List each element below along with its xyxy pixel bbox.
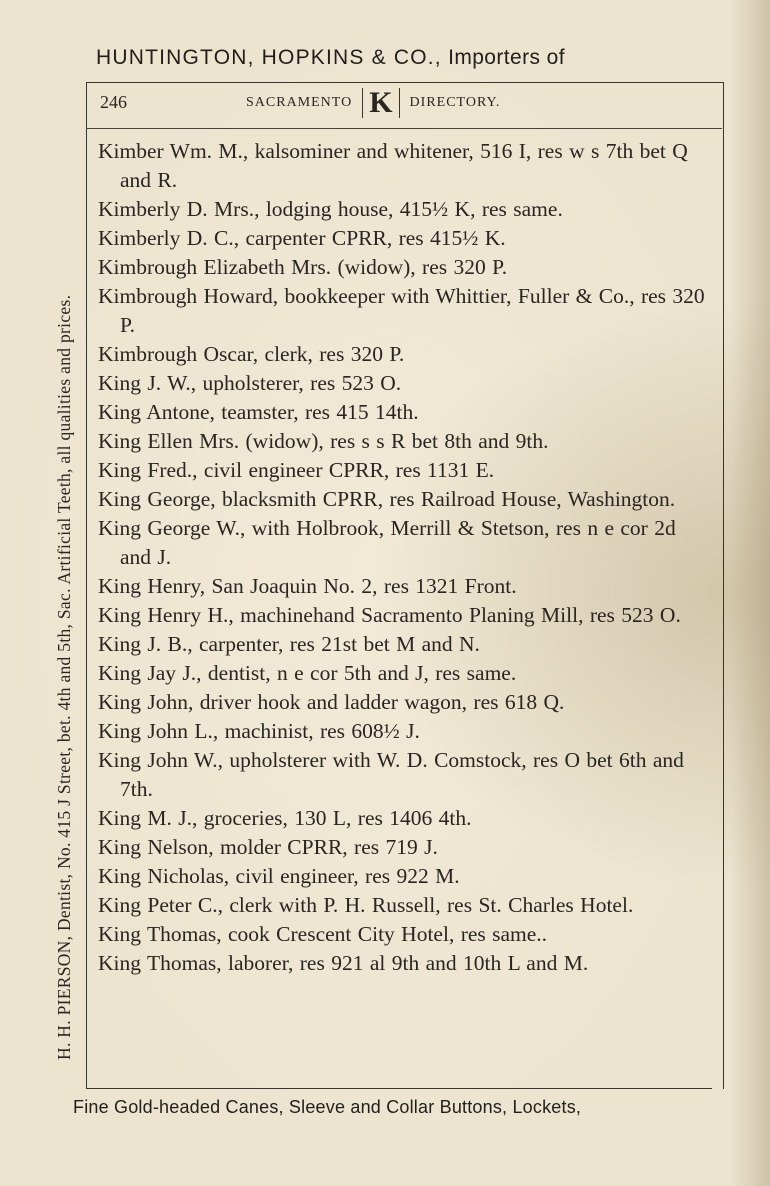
section-title: SACRAMENTO K DIRECTORY. [246, 88, 500, 118]
directory-entry: King J. W., upholsterer, res 523 O. [98, 369, 713, 398]
page-number: 246 [100, 92, 127, 113]
directory-entry: Kimber Wm. M., kalsominer and whitener, … [98, 137, 713, 195]
directory-entry: King John L., machinist, res 608½ J. [98, 717, 713, 746]
directory-entry: King Ellen Mrs. (widow), res s s R bet 8… [98, 427, 713, 456]
directory-entry: Kimbrough Howard, bookkeeper with Whitti… [98, 282, 713, 340]
running-head-firm: HUNTINGTON, HOPKINS & CO., [96, 46, 442, 69]
directory-entry: King J. B., carpenter, res 21st bet M an… [98, 630, 713, 659]
footer-advertisement: Fine Gold-headed Canes, Sleeve and Colla… [73, 1097, 733, 1118]
directory-entry: King Henry, San Joaquin No. 2, res 1321 … [98, 572, 713, 601]
page-edge-shadow [730, 0, 770, 1186]
directory-entry: King Henry H., machinehand Sacramento Pl… [98, 601, 713, 630]
running-head-continuation: Importers of [448, 46, 565, 69]
directory-entry: King Antone, teamster, res 415 14th. [98, 398, 713, 427]
directory-entry: King John, driver hook and ladder wagon,… [98, 688, 713, 717]
directory-entry: King M. J., groceries, 130 L, res 1406 4… [98, 804, 713, 833]
side-margin-advertisement: H. H. PIERSON, Dentist, No. 415 J Street… [54, 100, 78, 1060]
directory-entry: Kimbrough Elizabeth Mrs. (widow), res 32… [98, 253, 713, 282]
directory-entry: King Jay J., dentist, n e cor 5th and J,… [98, 659, 713, 688]
directory-header: 246 SACRAMENTO K DIRECTORY. [86, 82, 722, 129]
directory-entry: King Thomas, cook Crescent City Hotel, r… [98, 920, 713, 949]
directory-entry: King John W., upholsterer with W. D. Com… [98, 746, 713, 804]
directory-entry: Kimbrough Oscar, clerk, res 320 P. [98, 340, 713, 369]
directory-entry: King Fred., civil engineer CPRR, res 113… [98, 456, 713, 485]
section-letter: K [362, 88, 399, 118]
directory-entry: Kimberly D. Mrs., lodging house, 415½ K,… [98, 195, 713, 224]
directory-entry: King Nelson, molder CPRR, res 719 J. [98, 833, 713, 862]
section-title-left: SACRAMENTO [246, 95, 352, 110]
directory-entry: King Thomas, laborer, res 921 al 9th and… [98, 949, 713, 978]
directory-entry: King George, blacksmith CPRR, res Railro… [98, 485, 713, 514]
directory-entries: Kimber Wm. M., kalsominer and whitener, … [98, 137, 713, 978]
directory-entry: King Peter C., clerk with P. H. Russell,… [98, 891, 713, 920]
frame-bottom-rule [86, 1088, 712, 1089]
directory-entry: King Nicholas, civil engineer, res 922 M… [98, 862, 713, 891]
directory-entry: King George W., with Holbrook, Merrill &… [98, 514, 713, 572]
running-head: HUNTINGTON, HOPKINS & CO., Importers of [96, 46, 726, 70]
directory-entry: Kimberly D. C., carpenter CPRR, res 415½… [98, 224, 713, 253]
section-title-right: DIRECTORY. [410, 95, 501, 110]
